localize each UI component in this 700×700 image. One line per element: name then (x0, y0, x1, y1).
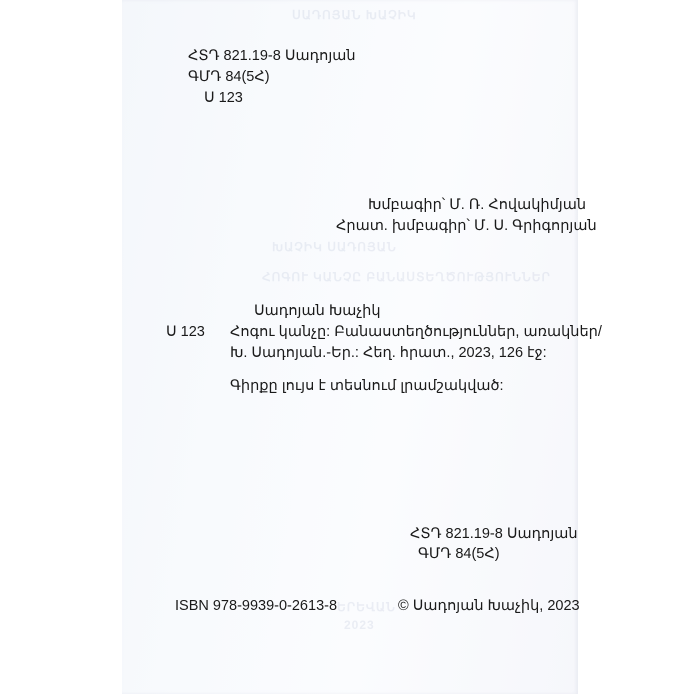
editor-credit: Խմբագիր՝ Մ. Ռ. Հովակիմյան (368, 198, 586, 213)
bottom-lbc-code: ԳՄԴ 84(5Հ) (418, 547, 500, 562)
bleed-through-text: ԵՐԵՎԱՆ (337, 600, 396, 614)
lbc-code: ԳՄԴ 84(5Հ) (188, 70, 270, 85)
catalog-imprint-line: Խ. Սադոյան.-Եր.: Հեղ. հրատ., 2023, 126 է… (230, 346, 547, 361)
bleed-through-text: ՍԱԴՈՅԱՆ ԽԱՉԻԿ (292, 8, 417, 22)
catalog-title-line: Հոգու կանչը: Բանաստեղծություններ, առակնե… (230, 325, 602, 340)
bottom-udc-code: ՀՏԴ 821.19-8 Սադոյան (410, 527, 578, 542)
catalog-author-mark: Ս 123 (166, 325, 205, 340)
isbn: ISBN 978-9939-0-2613-8 (175, 599, 337, 614)
bleed-through-text: ԽԱՉԻԿ ՍԱԴՈՅԱՆ (272, 240, 397, 254)
catalog-author: Սադոյան Խաչիկ (254, 304, 381, 319)
bleed-through-text: 2023 (344, 618, 375, 632)
author-mark: Ս 123 (204, 91, 243, 106)
catalog-annotation: Գիրքը լույս է տեսնում լրամշակված: (230, 379, 504, 394)
copyright-notice: © Սադոյան Խաչիկ, 2023 (398, 599, 580, 614)
book-page: ՍԱԴՈՅԱՆ ԽԱՉԻԿ ԽԱՉԻԿ ՍԱԴՈՅԱՆ ՀՈԳՈՒ ԿԱՆՉԸ … (122, 0, 578, 694)
udc-code: ՀՏԴ 821.19-8 Սադոյան (188, 49, 356, 64)
bleed-through-text: ՀՈԳՈՒ ԿԱՆՉԸ ԲԱՆԱՍՏԵՂԾՈՒԹՅՈՒՆՆԵՐ (262, 270, 551, 284)
publishing-editor-credit: Հրատ. խմբագիր՝ Մ. Ս. Գրիգորյան (336, 219, 597, 234)
